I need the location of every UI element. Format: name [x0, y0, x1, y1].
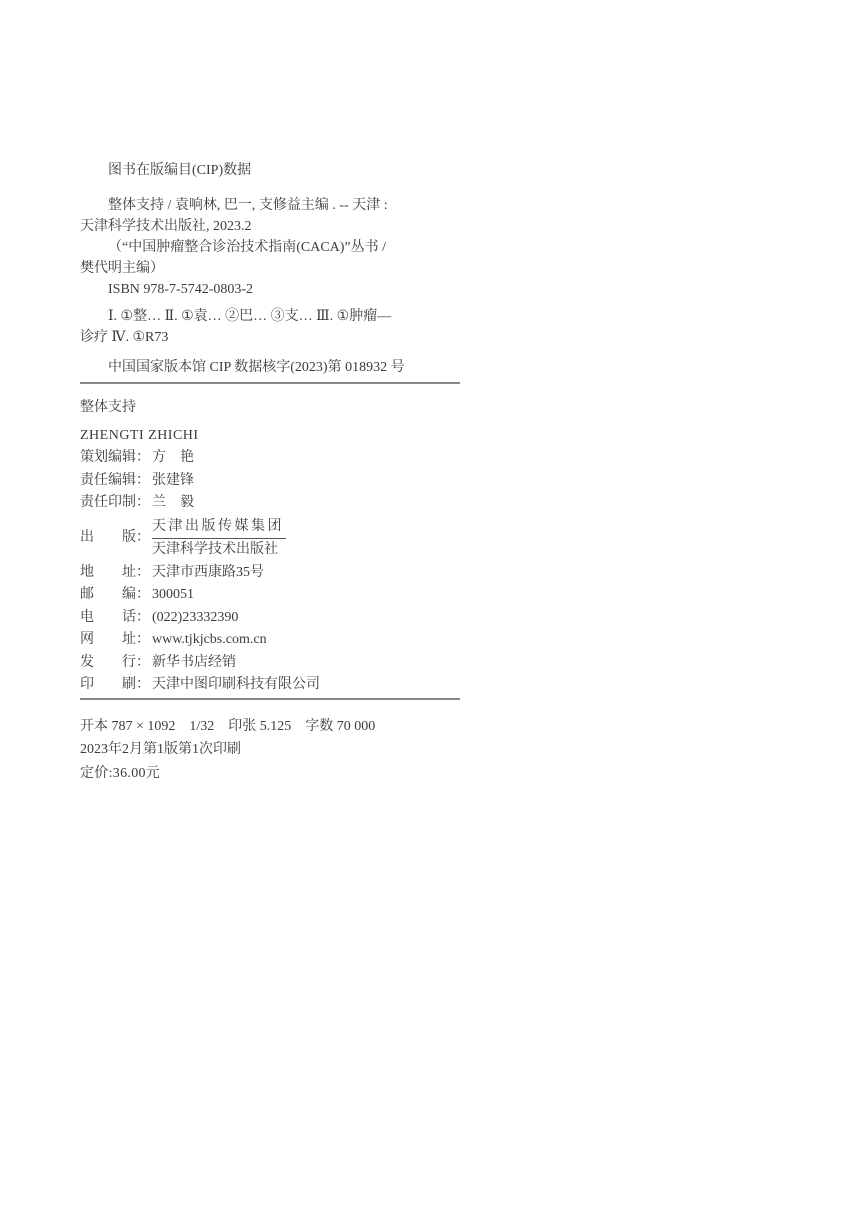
- row-value: (022)23332390: [152, 607, 238, 630]
- row-label: 责任编辑: [80, 470, 136, 493]
- row-colon: ：: [136, 607, 150, 630]
- row-value: 兰 毅: [152, 492, 194, 515]
- cip-content: 图书在版编目(CIP)数据 整体支持 / 袁响林, 巴一, 支修益主编 . --…: [80, 160, 460, 785]
- publisher-group: 天津出版传媒集团: [152, 516, 286, 540]
- row-colon: ：: [136, 470, 150, 493]
- staff-row-print-supervisor: 责任印制：兰 毅: [80, 492, 460, 515]
- row-label: 网址: [80, 629, 136, 652]
- row-label: 地址: [80, 562, 136, 585]
- row-colon: ：: [136, 492, 150, 515]
- address-row: 地址：天津市西康路35号: [80, 562, 460, 585]
- row-colon: ：: [136, 562, 150, 585]
- copyright-page: 图书在版编目(CIP)数据 整体支持 / 袁响林, 巴一, 支修益主编 . --…: [0, 0, 867, 1218]
- publisher-name: 天津科学技术出版社: [152, 542, 278, 557]
- cip-classification-line1: Ⅰ. ①整… Ⅱ. ①袁… ②巴… ③支… Ⅲ. ①肿瘤—: [80, 306, 460, 327]
- staff-row-responsible-editor: 责任编辑：张建锋: [80, 470, 460, 493]
- postcode-row: 邮编：300051: [80, 584, 460, 607]
- row-colon: ：: [136, 629, 150, 652]
- format-line: 开本 787 × 1092 1/32 印张 5.125 字数 70 000: [80, 715, 460, 739]
- staff-row-planning-editor: 策划编辑：方 艳: [80, 447, 460, 470]
- row-label: 策划编辑: [80, 447, 136, 470]
- row-colon: ：: [136, 447, 150, 470]
- edition-line: 2023年2月第1版第1次印刷: [80, 738, 460, 762]
- cip-classification-line2: 诊疗 Ⅳ. ①R73: [80, 327, 460, 348]
- staff-block: 策划编辑：方 艳 责任编辑：张建锋 责任印制：兰 毅: [80, 447, 460, 515]
- website-url: www.tjkjcbs.com.cn: [152, 629, 267, 652]
- row-label: 邮编: [80, 584, 136, 607]
- isbn-line: ISBN 978-7-5742-0803-2: [80, 279, 460, 300]
- price-line: 定价:36.00元: [80, 762, 460, 786]
- row-value: 300051: [152, 584, 194, 607]
- cip-series-line2: 樊代明主编）: [80, 258, 460, 279]
- cip-header: 图书在版编目(CIP)数据: [80, 160, 460, 181]
- divider-bottom: [80, 698, 460, 700]
- print-spec-block: 开本 787 × 1092 1/32 印张 5.125 字数 70 000 20…: [80, 715, 460, 786]
- row-colon: ：: [136, 674, 150, 697]
- row-colon: ：: [136, 652, 150, 675]
- row-label: 责任印制: [80, 492, 136, 515]
- publishing-block: 出版： 天津出版传媒集团 天津科学技术出版社 地址：天津市西康路35号 邮编：3…: [80, 516, 460, 697]
- cip-classification: Ⅰ. ①整… Ⅱ. ①袁… ②巴… ③支… Ⅲ. ①肿瘤— 诊疗 Ⅳ. ①R73: [80, 306, 460, 348]
- printer-row: 印刷：天津中图印刷科技有限公司: [80, 674, 460, 697]
- row-value: 天津市西康路35号: [152, 562, 264, 585]
- cip-series-line1: （“中国肿瘤整合诊治技术指南(CACA)”丛书 /: [80, 237, 460, 258]
- row-colon: ：: [136, 584, 150, 607]
- cip-description: 整体支持 / 袁响林, 巴一, 支修益主编 . -- 天津 : 天津科学技术出版…: [80, 195, 460, 300]
- book-title-pinyin: ZHENGTI ZHICHI: [80, 425, 460, 446]
- row-value: 天津中图印刷科技有限公司: [152, 674, 320, 697]
- row-value: 张建锋: [152, 470, 194, 493]
- row-label: 出版: [80, 516, 136, 550]
- row-label: 印刷: [80, 674, 136, 697]
- row-colon: ：: [136, 516, 150, 550]
- row-value: 新华书店经销: [152, 652, 236, 675]
- phone-row: 电话：(022)23332390: [80, 607, 460, 630]
- divider-top: [80, 382, 460, 384]
- website-row: 网址：www.tjkjcbs.com.cn: [80, 629, 460, 652]
- publisher-stack-value: 天津出版传媒集团 天津科学技术出版社: [152, 516, 286, 562]
- cip-description-line2: 天津科学技术出版社, 2023.2: [80, 216, 460, 237]
- book-title: 整体支持: [80, 397, 460, 418]
- publisher-row: 出版： 天津出版传媒集团 天津科学技术出版社: [80, 516, 460, 562]
- row-label: 电话: [80, 607, 136, 630]
- cip-description-line1: 整体支持 / 袁响林, 巴一, 支修益主编 . -- 天津 :: [80, 195, 460, 216]
- row-label: 发行: [80, 652, 136, 675]
- distribution-row: 发行：新华书店经销: [80, 652, 460, 675]
- row-value: 方 艳: [152, 447, 194, 470]
- cip-registry: 中国国家版本馆 CIP 数据核字(2023)第 018932 号: [80, 357, 460, 378]
